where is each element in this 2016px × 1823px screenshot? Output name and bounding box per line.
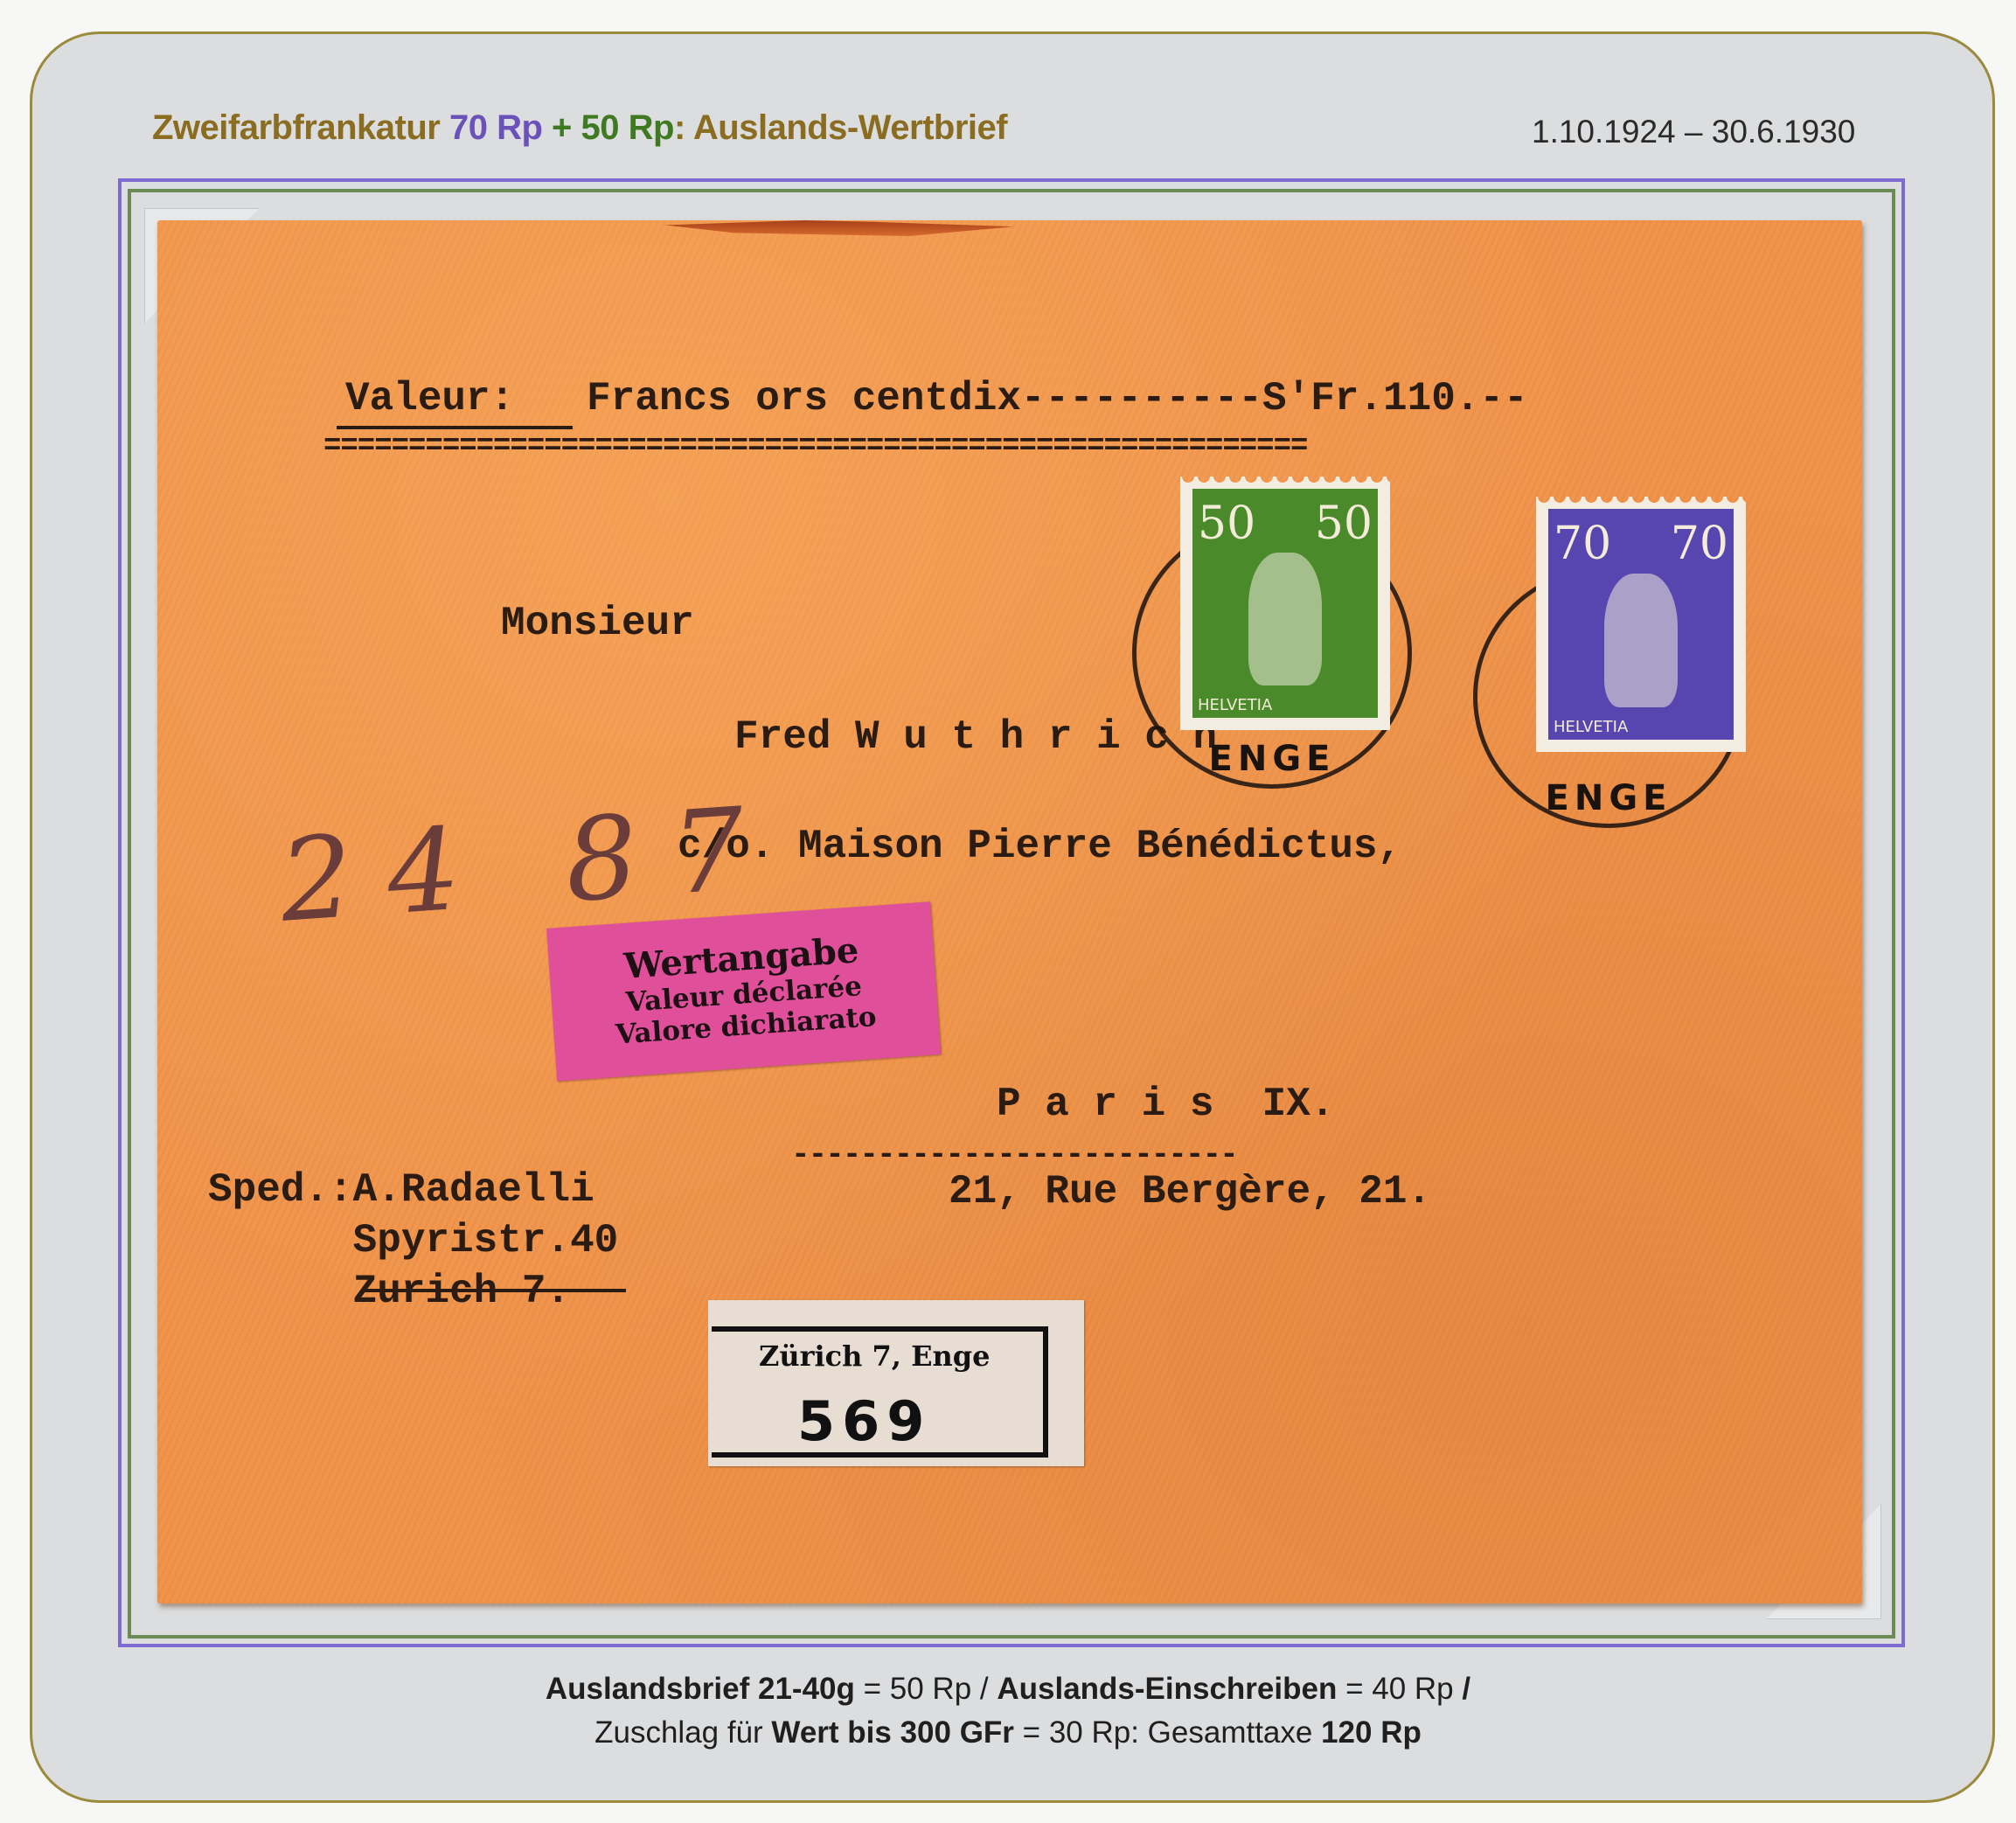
valeur-label: Valeur: bbox=[345, 376, 514, 421]
stamp-50rp-design: 50 50 HELVETIA bbox=[1192, 489, 1378, 718]
valeur-text: Francs ors centdix----------S'Fr.110.-- bbox=[514, 376, 1527, 421]
stamp-70rp: 70 70 HELVETIA bbox=[1536, 497, 1746, 752]
stamp-50-country: HELVETIA bbox=[1198, 696, 1272, 714]
envelope-tear bbox=[664, 220, 1014, 236]
value-declared-label: Wertangabe Valeur déclarée Valore dichia… bbox=[546, 901, 941, 1081]
stamp-50-value-left: 50 bbox=[1198, 497, 1255, 550]
title-text: Zweifarbfrankatur bbox=[152, 108, 449, 147]
stamp-70rp-design: 70 70 HELVETIA bbox=[1548, 509, 1734, 740]
street-address: 21, Rue Bergère, 21. bbox=[949, 1169, 1431, 1214]
footer-rate-30: = 30 Rp: Gesamttaxe bbox=[1014, 1715, 1321, 1750]
footer-line-1: Auslandsbrief 21-40g = 50 Rp / Auslands-… bbox=[0, 1672, 2016, 1707]
postmark-1-text: ENGE bbox=[1137, 739, 1408, 779]
envelope: Valeur: Francs ors centdix----------S'Fr… bbox=[157, 220, 1862, 1604]
salutation: Monsieur bbox=[501, 601, 694, 646]
valeur-rule: ========================================… bbox=[323, 430, 1307, 463]
footer-total: 120 Rp bbox=[1321, 1715, 1422, 1750]
stamp-70-value-left: 70 bbox=[1554, 518, 1611, 570]
stamp-50-value-right: 50 bbox=[1315, 497, 1373, 550]
title-70rp: 70 Rp bbox=[449, 108, 542, 147]
footer-wert: Wert bis 300 GFr bbox=[771, 1715, 1014, 1750]
care-of: c/o. Maison Pierre Bénédictus, bbox=[678, 824, 1401, 869]
registration-office: Zürich 7, Enge bbox=[759, 1339, 990, 1373]
sender-underline bbox=[364, 1289, 626, 1292]
stamp-70-country: HELVETIA bbox=[1554, 718, 1628, 736]
title-50rp: 50 Rp bbox=[581, 108, 674, 147]
footer-line-2: Zuschlag für Wert bis 300 GFr = 30 Rp: G… bbox=[0, 1715, 2016, 1750]
valeur-underline bbox=[337, 426, 573, 429]
footer-einschreiben: Auslands-Einschreiben bbox=[997, 1672, 1337, 1706]
footer-slash: / bbox=[1462, 1672, 1470, 1706]
title-plus: + bbox=[542, 108, 580, 147]
helvetia-figure-icon bbox=[1604, 574, 1679, 707]
city-rule: -------------------------- bbox=[791, 1137, 1237, 1172]
footer-zuschlag: Zuschlag für bbox=[594, 1715, 771, 1750]
footer-rate-40: = 40 Rp bbox=[1337, 1672, 1462, 1706]
sender-block: Sped.:A.Radaelli Spyristr.40 Zurich 7. bbox=[208, 1165, 618, 1317]
sender-line-1: Sped.:A.Radaelli bbox=[208, 1165, 618, 1215]
stamp-50rp: 50 50 HELVETIA bbox=[1180, 477, 1390, 730]
registration-label: Zürich 7, Enge 569 bbox=[708, 1300, 1084, 1466]
title-suffix: : Auslands-Wertbrief bbox=[674, 108, 1007, 147]
page-title: Zweifarbfrankatur 70 Rp + 50 Rp: Ausland… bbox=[152, 108, 1007, 148]
stamp-70-value-right: 70 bbox=[1671, 518, 1728, 570]
footer-rate-50: = 50 Rp / bbox=[855, 1672, 997, 1706]
declared-value-line: Valeur: Francs ors centdix----------S'Fr… bbox=[345, 376, 1528, 421]
sender-line-2: Spyristr.40 bbox=[208, 1215, 618, 1266]
destination-city: P a r i s IX. bbox=[997, 1082, 1334, 1127]
registration-number: 569 bbox=[797, 1389, 931, 1453]
date-range: 1.10.1924 – 30.6.1930 bbox=[1532, 114, 1855, 150]
postmark-2-text: ENGE bbox=[1477, 778, 1740, 818]
helvetia-figure-icon bbox=[1248, 553, 1323, 685]
footer-auslandsbrief: Auslandsbrief 21-40g bbox=[546, 1672, 855, 1706]
